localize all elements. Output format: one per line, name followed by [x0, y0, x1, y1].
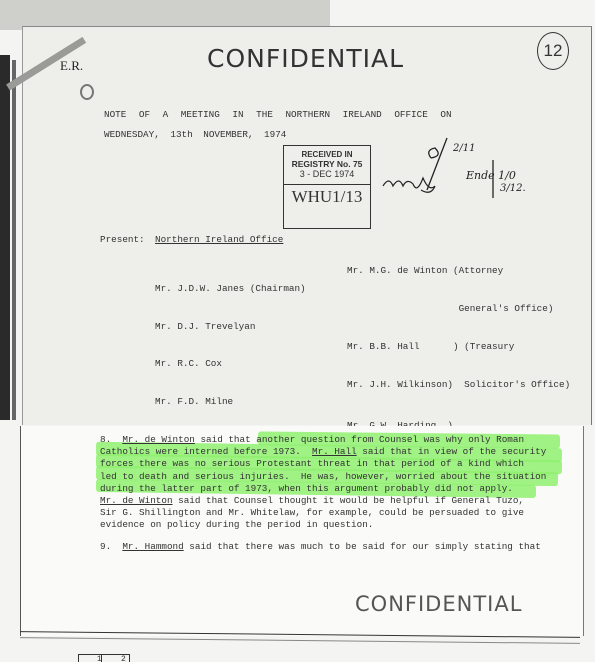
- stamp-received: RECEIVED IN: [284, 150, 370, 159]
- binder-edge: [0, 55, 10, 420]
- classification-footer: CONFIDENTIAL: [355, 592, 522, 616]
- annotation-date: 3/12.: [500, 183, 526, 194]
- attendee: Mr. M.G. de Winton (Attorney: [347, 265, 570, 278]
- attendee: Mr. J.H. Wilkinson) Solicitor's Office): [347, 379, 570, 392]
- para-text: Catholics were interned before 1973.: [100, 446, 312, 457]
- para-8-line-5: during the latter part of 1973, when thi…: [100, 483, 513, 496]
- binder-edge-inner: [12, 60, 16, 420]
- para-8-line-8: evidence on policy during the period in …: [100, 519, 373, 532]
- title-line-1: NOTE OF A MEETING IN THE NORTHERN IRELAN…: [104, 109, 452, 122]
- para-8-line-2: Catholics were interned before 1973. Mr.…: [100, 446, 546, 459]
- speaker-name: Mr. Hall: [312, 446, 357, 457]
- annotation-initials-date: 2/11: [453, 143, 475, 154]
- stamp-date: 3 - DEC 1974: [284, 169, 370, 179]
- para-8-line-6: Mr. de Winton said that Counsel thought …: [100, 495, 524, 508]
- attendee: Mr. F.D. Milne: [155, 396, 306, 409]
- para-text: said that in view of the security: [357, 446, 547, 457]
- attendee: Mr. D.J. Trevelyan: [155, 321, 306, 334]
- para-text: said that there was much to be said for …: [184, 541, 541, 552]
- attendee: General's Office): [347, 303, 570, 316]
- initials-mark: E.R.: [60, 58, 83, 74]
- para-8-line-7: Sir G. Shillington and Mr. Whitelaw, for…: [100, 507, 524, 520]
- stamp-divider: [284, 184, 370, 185]
- para-text: said that another question from Counsel …: [195, 434, 524, 445]
- stamp-reference: WHU1/13: [284, 187, 370, 207]
- nio-attendee-list: Mr. J.D.W. Janes (Chairman) Mr. D.J. Tre…: [155, 258, 306, 421]
- attendee: Mr. R.C. Cox: [155, 358, 306, 371]
- treasury-tag-eyelet-icon: [80, 84, 94, 100]
- para-8-line-1: 8. Mr. de Winton said that another quest…: [100, 434, 524, 447]
- speaker-name: Mr. Hammond: [122, 541, 183, 552]
- group-heading-nio: Northern Ireland Office: [155, 234, 283, 247]
- para-9-line-1: 9. Mr. Hammond said that there was much …: [100, 541, 541, 554]
- present-label: Present:: [100, 234, 145, 247]
- title-line-2: WEDNESDAY, 13th NOVEMBER, 1974: [104, 129, 286, 142]
- attendee: Mr. J.D.W. Janes (Chairman): [155, 283, 306, 296]
- speaker-name: Mr. de Winton: [122, 434, 195, 445]
- stamp-registry: REGISTRY No. 75: [284, 159, 370, 169]
- speaker-name: Mr. de Winton: [100, 495, 173, 506]
- para-8-line-3: forces there was no serious Protestant t…: [100, 458, 524, 471]
- para-number: 8.: [100, 434, 111, 445]
- folder-tab: 1 2: [78, 654, 130, 662]
- page-number: 12: [537, 32, 569, 70]
- para-number: 9.: [100, 541, 111, 552]
- registry-stamp: RECEIVED IN REGISTRY No. 75 3 - DEC 1974…: [283, 145, 371, 229]
- attendee: Mr. B.B. Hall ) (Treasury: [347, 341, 570, 354]
- page-edge-line: [20, 637, 580, 644]
- annotation-note: Ende 1/0: [466, 169, 516, 182]
- para-text: said that Counsel thought it would be he…: [173, 495, 524, 506]
- para-8-line-4: led to death and serious injuries. He wa…: [100, 471, 546, 484]
- tab-divider: [101, 655, 102, 662]
- classification-header: CONFIDENTIAL: [207, 44, 404, 73]
- tab-label: 2: [121, 655, 126, 662]
